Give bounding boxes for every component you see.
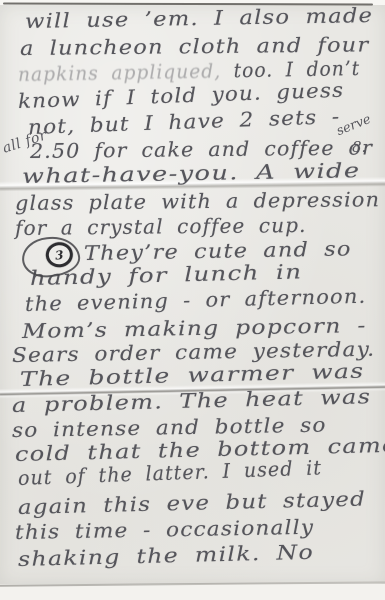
scan-background-strip bbox=[0, 584, 385, 600]
handwritten-line: glass plate with a depression bbox=[15, 187, 380, 215]
line-text-faded: napkins appliqued, bbox=[18, 58, 222, 86]
line-text: glass plate with a depression bbox=[15, 187, 380, 215]
inserted-number-below: 8. bbox=[352, 138, 366, 156]
handwritten-line: for a crystal coffee cup. bbox=[15, 213, 307, 240]
letter-scan: will use ’em. I also made a luncheon clo… bbox=[0, 0, 385, 600]
line-text: for a crystal coffee cup. bbox=[15, 213, 307, 240]
page-number: 3 bbox=[45, 241, 74, 268]
